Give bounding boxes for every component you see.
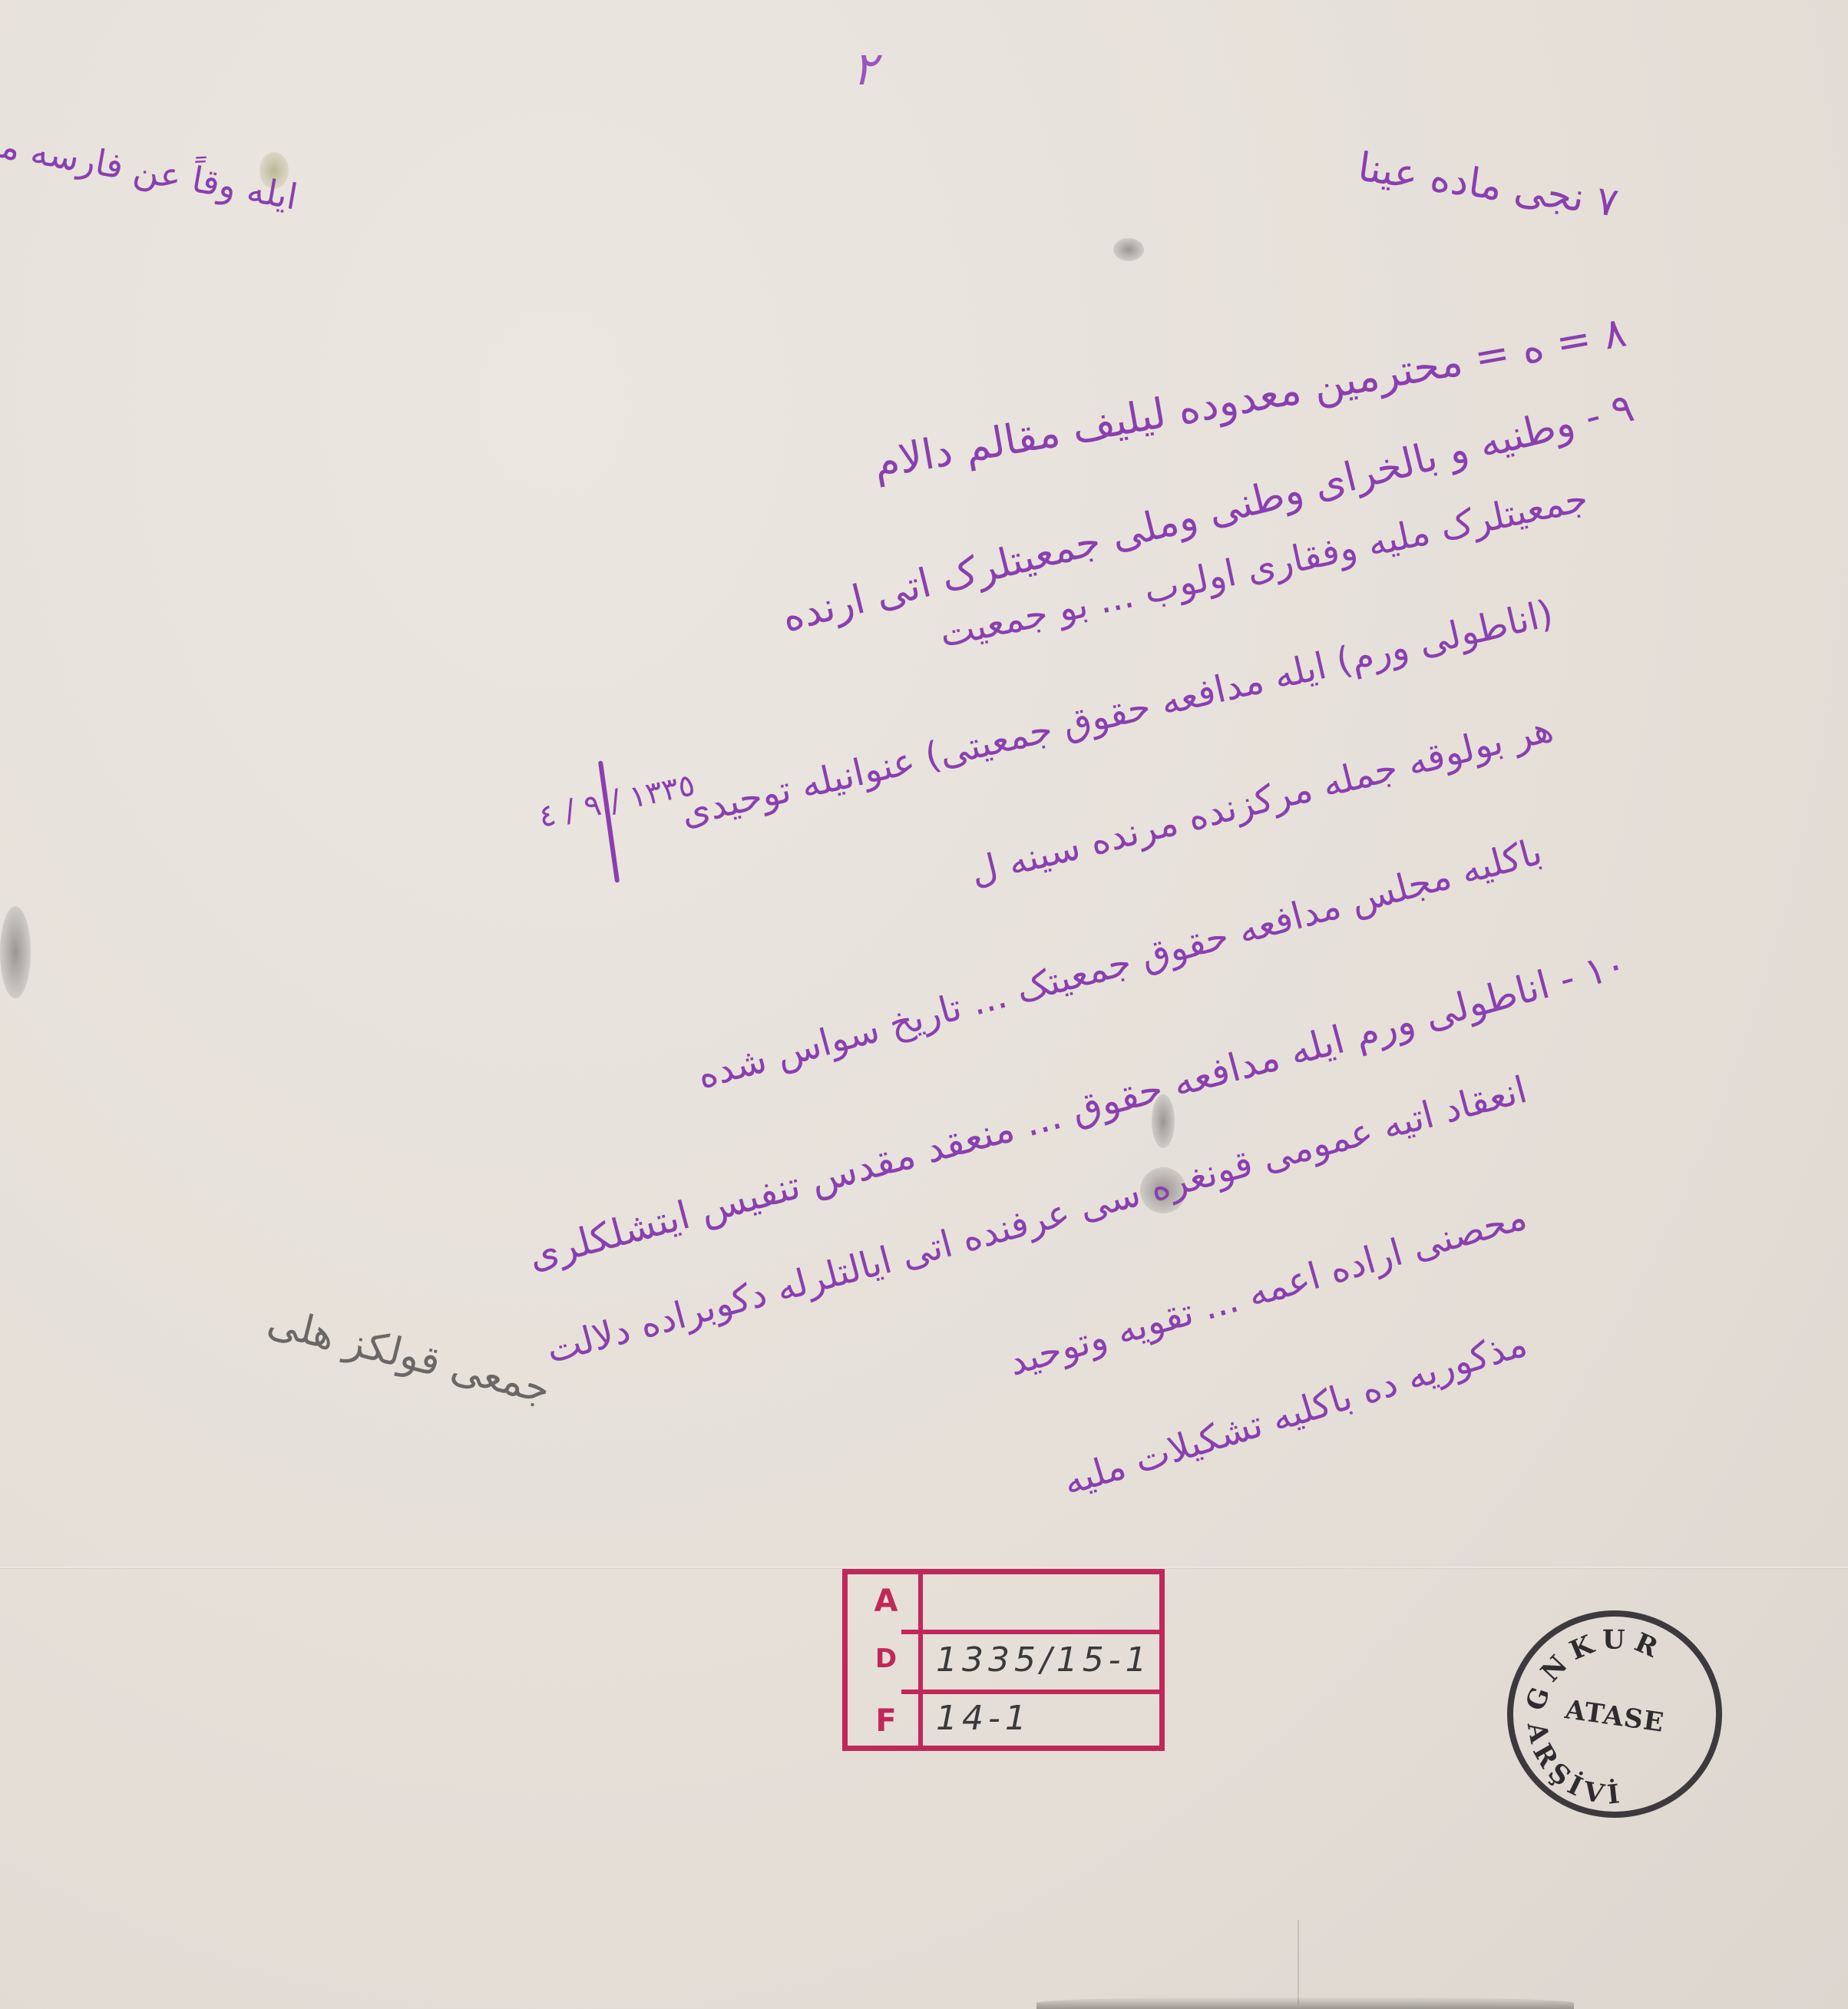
stamp-label-f: F <box>867 1703 905 1739</box>
paper-fold-vertical <box>1298 1920 1299 2004</box>
seal-bottom-text: ARŞİVİ <box>1521 1719 1628 1812</box>
svg-text:ARŞİVİ: ARŞİVİ <box>1521 1719 1628 1812</box>
signature: جمعی قولکز هلی <box>263 1299 555 1413</box>
stamp-divider-row-1 <box>901 1630 1162 1634</box>
stamp-divider-vertical <box>918 1574 923 1746</box>
handwritten-line-8: ٨ = ه = محترمین معدوده لیلیف مقالم دالام <box>869 307 1629 488</box>
stamp-label-d: D <box>867 1643 905 1674</box>
stamp-value-d: 1335/15-1 <box>936 1640 1152 1680</box>
archive-seal: GNKUR ARŞİVİ ATASE <box>1507 1610 1722 1818</box>
stamp-value-f: 14-1 <box>936 1699 1031 1738</box>
scan-shadow <box>1036 1997 1574 2009</box>
date-annotation: ١٣٣٥ / ٩ / ٤ <box>535 767 698 835</box>
ink-smudge <box>1113 238 1144 261</box>
handwritten-line-7-continuation: ایله وقاً عن فارسه منقلیل <box>0 111 301 218</box>
edge-smudge <box>0 906 31 998</box>
stamp-divider-row-2 <box>901 1690 1162 1694</box>
handwritten-line-7: ٧ نجی ماده عینا <box>1355 144 1621 227</box>
handwritten-line-9g: باکلیه مجلس مدافعه حقوق جمعیتک ... تاریخ… <box>693 830 1546 1097</box>
page-number-mark: ٢ <box>852 42 877 96</box>
archive-catalog-stamp: A D F 1335/15-1 14-1 <box>842 1569 1165 1751</box>
document-page: ٢ ٧ نجی ماده عینا ایله وقاً عن فارسه منق… <box>0 0 1848 2009</box>
stamp-label-a: A <box>867 1584 905 1619</box>
